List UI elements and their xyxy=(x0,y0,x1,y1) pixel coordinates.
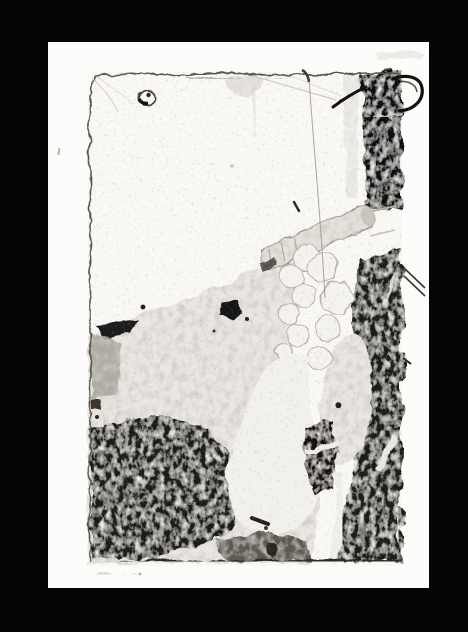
under-dot xyxy=(139,573,142,576)
book-cover-page xyxy=(88,70,425,576)
scan-canvas xyxy=(0,0,468,632)
scanned-document-view xyxy=(0,0,468,632)
page-grain-overlay xyxy=(88,72,402,564)
